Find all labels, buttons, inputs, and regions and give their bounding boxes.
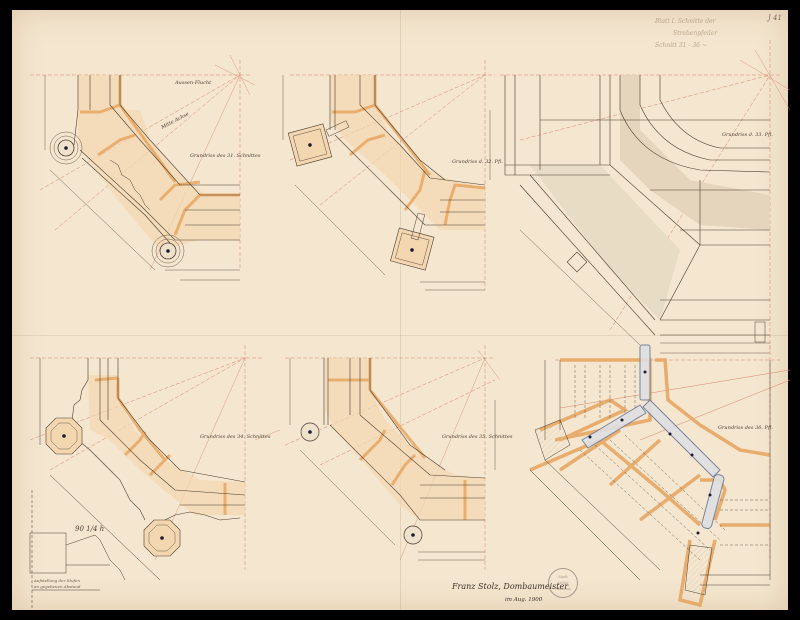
octagon-column-icon bbox=[46, 418, 82, 454]
plan-4-drawing bbox=[30, 345, 280, 610]
plan-5-label: Grundriss des 35. Schnittes bbox=[442, 434, 512, 440]
plan-2-label: Grundriss d. 32. Pfl. bbox=[452, 159, 503, 165]
plan-2-drawing bbox=[283, 60, 495, 290]
plan-3-drawing bbox=[500, 40, 790, 353]
signature: Franz Stolz, Dombaumeister bbox=[452, 582, 568, 591]
square-pier-icon bbox=[288, 124, 332, 166]
iron-tie-bars bbox=[582, 345, 725, 529]
title-line: Strebenpfeiler bbox=[655, 28, 717, 40]
plan-4-label: Grundriss des 34. Schnittes bbox=[200, 434, 270, 440]
column-circle-icon bbox=[50, 132, 82, 164]
signature-date: im Aug. 1900 bbox=[505, 597, 542, 603]
title-line: Schnitt 31 - 36 ~ bbox=[655, 40, 717, 52]
plan-1-drawing bbox=[30, 55, 255, 280]
plan-6-label: Grundriss des 36. Pfl. bbox=[718, 425, 773, 431]
plan-3-label: Grundriss d. 33. Pfl. bbox=[722, 132, 773, 138]
octagon-column-icon bbox=[144, 520, 180, 556]
outer-line-label: Aussen-Flucht bbox=[175, 80, 211, 86]
column-circle-icon bbox=[301, 423, 319, 441]
architectural-drawing bbox=[0, 0, 800, 620]
plan-1-label: Grundriss des 31. Schnittes bbox=[190, 153, 260, 159]
column-circle-icon bbox=[404, 526, 422, 544]
plan-6-drawing bbox=[530, 345, 790, 605]
title-line: Blatt I. Schnitte der bbox=[655, 16, 717, 28]
pencil-note: 90 1/4 h bbox=[75, 525, 104, 533]
sheet-number: J 41 bbox=[768, 14, 782, 22]
detail-note: Aufstellung der Stufen an gegebenen Abst… bbox=[34, 578, 80, 590]
title-block: Blatt I. Schnitte der Strebenpfeiler Sch… bbox=[655, 16, 717, 52]
plan-5-drawing bbox=[285, 345, 500, 570]
